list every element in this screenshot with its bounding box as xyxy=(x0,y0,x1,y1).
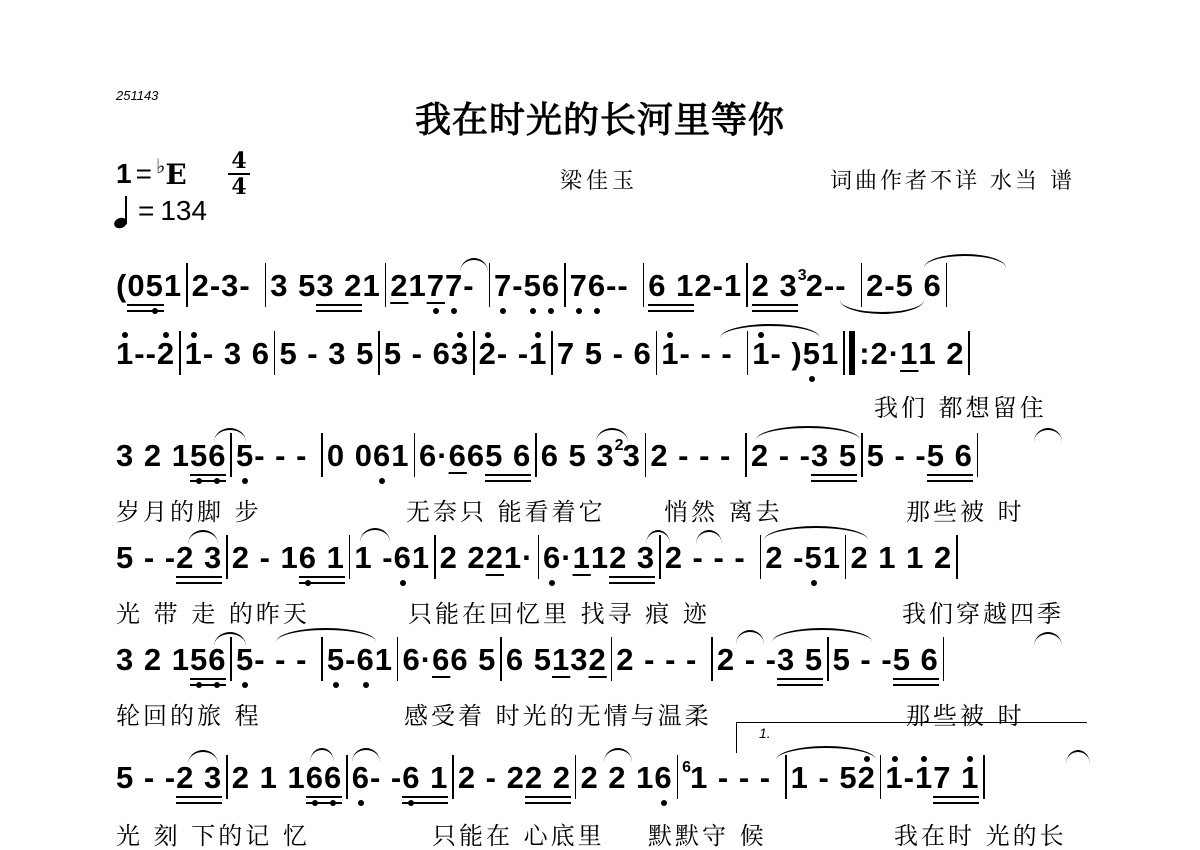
score-row-5: 3 2 1 565- - -5-6 16·6 6 56 5 1 3 22 - -… xyxy=(116,640,1086,680)
tempo-marking: = 134 xyxy=(114,194,207,228)
slur xyxy=(352,748,380,762)
tie xyxy=(736,630,764,644)
slur xyxy=(188,530,218,544)
key-equals: = xyxy=(136,158,152,190)
slur xyxy=(596,428,628,442)
flat-icon: ♭ xyxy=(156,154,165,179)
key-letter: E xyxy=(165,158,186,191)
lyrics: 我在时 光的长 xyxy=(894,816,1067,850)
song-title: 我在时光的长河里等你 xyxy=(0,92,1200,143)
slur xyxy=(310,748,334,762)
key-signature: 1 = ♭ E xyxy=(116,158,187,191)
score-row-4: 5 - - 2 32 - 1 6 11 - 6 12 2 2 1·6·1 1 2… xyxy=(116,538,1086,578)
slur xyxy=(214,428,246,442)
lyrics: 默默守 候 xyxy=(648,816,767,850)
tie xyxy=(720,324,820,338)
credits: 词曲作者不详 水当 谱 xyxy=(830,164,1075,195)
notation-line: 5 - - 2 32 1 1666- - 6 12 - 2 2 22 2 1 6… xyxy=(116,758,1086,798)
volta-label: 1. xyxy=(759,725,771,741)
tie xyxy=(764,526,868,540)
tie xyxy=(772,628,872,642)
lyrics: 岁月的脚 步 xyxy=(116,492,262,527)
time-signature: 4 4 xyxy=(228,150,250,198)
lyrics: 只能在 心底里 xyxy=(432,816,605,850)
notation-line: 5 - - 2 32 - 1 6 11 - 6 12 2 2 1·6·1 1 2… xyxy=(116,538,1086,578)
quarter-note-icon xyxy=(114,194,134,228)
slur xyxy=(188,750,218,764)
slur xyxy=(360,528,390,542)
lyrics: 光 带 走 的昨天 xyxy=(116,594,310,629)
slur xyxy=(1034,428,1062,442)
tie xyxy=(276,628,376,642)
lyrics: 只能在回忆里 找寻 痕 迹 xyxy=(408,594,710,629)
score-row-3: 3 2 1 565- - -0 0 6 16·6 6 5 66 5 3232 -… xyxy=(116,436,1086,476)
notation-line: 1--21 - 3 65 - 3 55 - 6 32 - - 17 5 - 61… xyxy=(116,334,1086,374)
key-do: 1 xyxy=(116,158,132,190)
slur xyxy=(604,748,632,762)
tempo-bpm: 134 xyxy=(160,195,207,227)
slur xyxy=(460,258,488,272)
lyrics: 悄然 离去 xyxy=(664,492,783,527)
slur xyxy=(696,530,722,544)
time-denominator: 4 xyxy=(228,176,250,198)
slur xyxy=(646,530,670,544)
slur xyxy=(214,632,246,646)
lyrics: 我们 都想留住 xyxy=(874,388,1047,423)
lyrics: 无奈只 能看着它 xyxy=(406,492,606,527)
time-numerator: 4 xyxy=(228,150,250,172)
lyrics: 那些被 时 xyxy=(906,492,1025,527)
singer: 梁佳玉 xyxy=(560,164,638,195)
slur-under xyxy=(840,300,924,314)
score-row-1: (0512-3-3 5 3 2 12 1 77-7-5676--6 1 2-12… xyxy=(116,266,1086,306)
volta-bracket: 1. xyxy=(736,722,1087,753)
lyrics: 我们穿越四季 xyxy=(902,594,1064,629)
tempo-equals: = xyxy=(138,195,154,227)
lyrics: 轮回的旅 程 xyxy=(116,696,262,731)
notation-line: 3 2 1 565- - -5-6 16·6 6 56 5 1 3 22 - -… xyxy=(116,640,1086,680)
lyrics: 光 刻 下的记 忆 xyxy=(116,816,310,850)
score-row-6: 5 - - 2 32 1 1666- - 6 12 - 2 2 22 2 1 6… xyxy=(116,758,1086,798)
tie xyxy=(756,426,860,440)
slur xyxy=(1034,632,1062,646)
score-row-2: 1--21 - 3 65 - 3 55 - 6 32 - - 17 5 - 61… xyxy=(116,334,1086,374)
tie xyxy=(924,254,1006,268)
notation-line: (0512-3-3 5 3 2 12 1 77-7-5676--6 1 2-12… xyxy=(116,266,1086,306)
lyrics: 感受着 时光的无情与温柔 xyxy=(404,696,712,731)
notation-line: 3 2 1 565- - -0 0 6 16·6 6 5 66 5 3232 -… xyxy=(116,436,1086,476)
